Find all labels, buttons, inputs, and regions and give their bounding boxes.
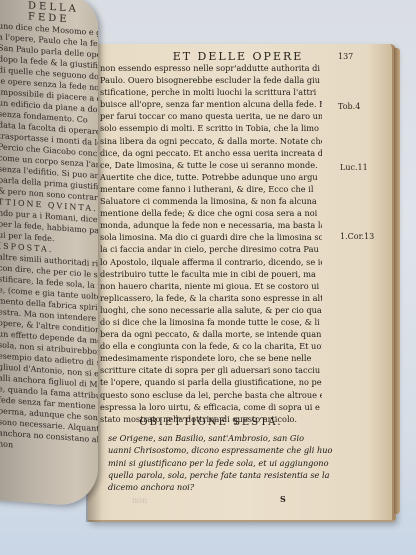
text-line: espressa la loro uirtu, & efficacia, com… [100, 401, 322, 413]
signature-mark: S [280, 494, 286, 504]
left-page-curled: DELLA FEDE uno dice che Mosomo e giustif… [0, 0, 98, 507]
text-line: luoghi, che sono necessarie alla salute,… [100, 304, 322, 316]
text-line: mentione della fede; & dice che ogni cos… [100, 207, 322, 219]
bleed-through-catchword: non [132, 496, 147, 505]
right-page: ET DELLE OPERE 137 non essendo espresso … [88, 44, 396, 522]
text-line: la ci faccia andar in cielo, perche dire… [100, 243, 322, 255]
text-line: replicassero, la fede, & la charita sono… [100, 292, 322, 304]
text-line: medesimamente rispondete loro, che se be… [100, 352, 322, 364]
book-photo: ET DELLE OPERE 137 non essendo espresso … [0, 0, 416, 555]
text-line: bera da ogni peccato, & dalla morte, se … [100, 328, 322, 340]
text-line: scritture citate di sopra per gli aduers… [100, 364, 322, 376]
text-line: do si dice che la limosina fa monde tutt… [100, 316, 322, 328]
italic-passage: se Origene, san Basilio, sant'Ambrosio, … [108, 432, 326, 493]
text-line: do ella e congiunta con la fede, & co la… [100, 340, 322, 352]
text-line: Saluatore ci commenda la limosina, & non… [100, 195, 322, 207]
text-line: mentare come fanno i lutherani, & dire, … [100, 183, 322, 195]
text-line: stificatione, perche in molti luochi la … [100, 86, 322, 98]
margin-note-tobit: Tob.4 [338, 102, 360, 111]
text-line: buisce all'opre, senza far mention alcun… [100, 98, 322, 110]
italic-line: quella parola, sola, perche fate tanta r… [108, 469, 326, 481]
italic-line: se Origene, san Basilio, sant'Ambrosio, … [108, 432, 326, 444]
text-line: solo essempio di molti. E scritto in Tob… [100, 122, 322, 134]
page-edge [394, 48, 400, 514]
margin-note-corinthians: 1.Cor.13 [340, 232, 374, 241]
text-line: dice, da ogni peccato. Et ancho essa uer… [100, 147, 322, 159]
text-line: ce, Date limosina, & tutte le cose ui se… [100, 159, 322, 171]
text-line: per farui toccar co mano questa uerita, … [100, 110, 322, 122]
margin-note-luke: Luc.11 [340, 163, 368, 172]
italic-line: dicemo anchora noi? [108, 481, 326, 493]
italic-line: uanni Chrisostomo, dicono espressamente … [108, 444, 326, 456]
text-line: monda, adunque la fede non e necessaria,… [100, 219, 322, 231]
text-line: sola limosina. Ma dio ci guardi dire che… [100, 231, 322, 243]
left-page-text: DELLA FEDE uno dice che Mosomo e giustif… [0, 0, 98, 456]
text-line: te l'opere, quando si parla della giusti… [100, 376, 322, 388]
text-line: sina libera da ogni peccato, & dalla mor… [100, 135, 322, 147]
text-line: non essendo espresso nelle sopr'addutte … [100, 62, 322, 74]
text-line: lo Apostolo, ilquale afferma il contrari… [100, 256, 322, 268]
text-line: Paulo. Ouero bisognerebbe escluder la fe… [100, 74, 322, 86]
section-heading: OBIETTIONE SESTA. [100, 417, 322, 428]
text-line: Auertite che dice, tutte. Potrebbe adunq… [100, 171, 322, 183]
text-line: destribuiro tutte le faculta mie in cibi… [100, 268, 322, 280]
text-line: non hauero charita, niente mi gioua. Et … [100, 280, 322, 292]
body-text: non essendo espresso nelle sopr'addutte … [100, 62, 322, 425]
italic-line: mini si giustificano per la fede sola, e… [108, 457, 326, 469]
text-line: questo sono escluse da lei, perche basta… [100, 389, 322, 401]
page-number: 137 [338, 52, 353, 61]
